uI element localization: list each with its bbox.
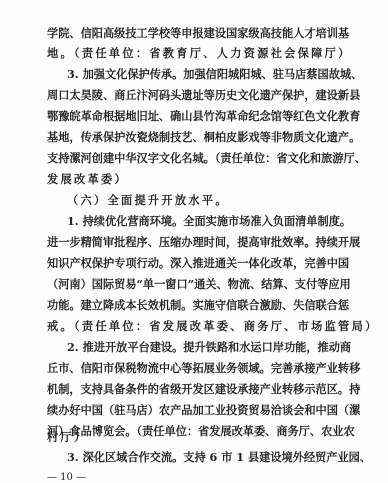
document-page: 学院、信阳高级技工学校等申报建设国家级高技能人才培训基地。（责任单位：省教育厅、…	[0, 0, 388, 483]
text-line: 1. 持续优化营商环境。全面实施市场准入负面清单制度。	[67, 214, 337, 228]
text-line: （六）全面提升开放水平。	[67, 193, 337, 207]
text-line: 知识产权保护专项行动。深入推进通关一体化改革，完善中国	[47, 256, 337, 270]
text-line: 机制，支持具备条件的省级开发区建设承接产业转移示范区。持	[47, 382, 337, 396]
text-line: 功能。建立降成本长效机制。实施守信联合激励、失信联合惩	[47, 298, 337, 312]
text-line: 村厅）	[47, 430, 337, 444]
text-line: 丘市、信阳市保税物流中心等拓展业务领域。完善承接产业转移	[47, 361, 337, 375]
text-line: 进一步精简审批程序、压缩办理时间，提高审批效率。持续开展	[47, 235, 337, 249]
text-line: 3. 深化区域合作交流。支持 6 市 1 县建设境外经贸产业园、	[67, 450, 337, 464]
page-number: — 10 —	[47, 472, 86, 483]
text-line: 基地，传承保护汝瓷烧制技艺、桐柏皮影戏等非物质文化遗产。	[47, 130, 337, 144]
text-line: 支持漯河创建中华汉字文化名城。（责任单位：省文化和旅游厅、	[47, 151, 337, 165]
text-line: 戒。（责任单位：省发展改革委、商务厅、市场监管局）	[47, 319, 337, 333]
text-line: 续办好中国（驻马店）农产品加工业投资贸易洽谈会和中国（漯	[47, 403, 337, 417]
text-line: 发展改革委）	[47, 172, 337, 186]
text-line: 3. 加强文化保护传承。加强信阳城阳城、驻马店蔡国故城、	[67, 67, 337, 81]
text-line: 地。（责任单位：省教育厅、人力资源社会保障厅）	[47, 46, 337, 60]
text-line: （河南）国际贸易“单一窗口”通关、物流、结算、支付等应用	[47, 277, 337, 291]
text-line: 2. 推进开放平台建设。提升铁路和水运口岸功能，推动商	[67, 340, 337, 354]
text-line: 学院、信阳高级技工学校等申报建设国家级高技能人才培训基	[47, 26, 337, 40]
text-line: 鄂豫皖革命根据地旧址、确山县竹沟革命纪念馆等红色文化教育	[47, 109, 337, 123]
text-line: 周口太昊陵、商丘汴河码头遗址等历史文化遗产保护，建设新县	[47, 88, 337, 102]
